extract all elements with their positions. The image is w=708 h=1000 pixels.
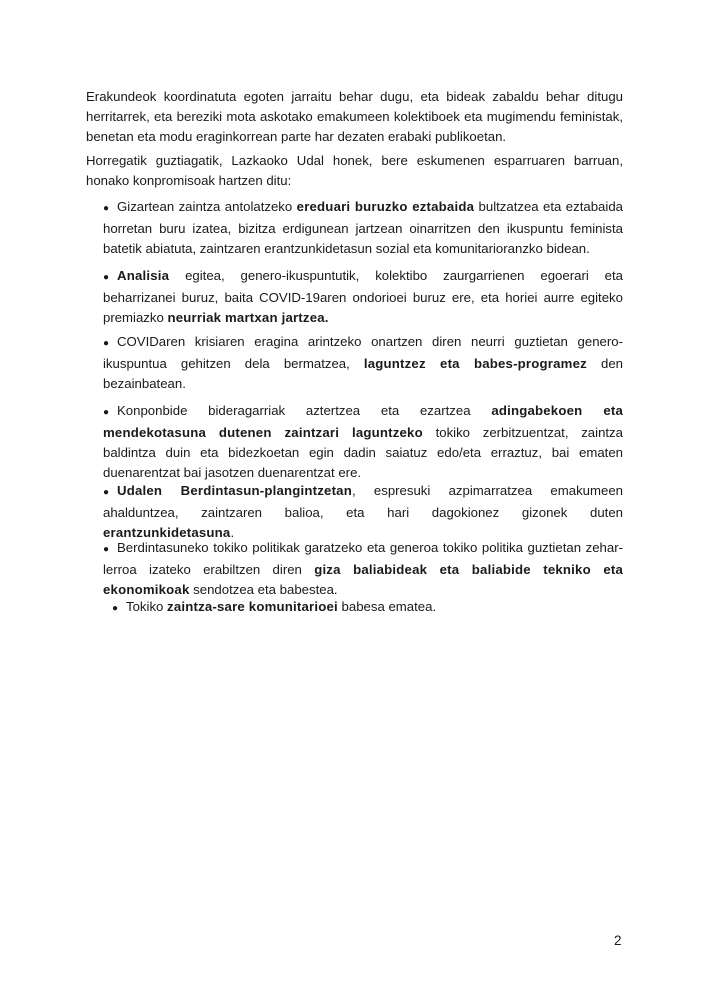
emphasized-text: Analisia xyxy=(117,268,169,283)
intro-paragraph: Erakundeok koordinatuta egoten jarraitu … xyxy=(86,87,623,147)
bullet-icon: ● xyxy=(103,403,117,423)
item-text: Konponbide bideragarriak aztertzea eta e… xyxy=(117,403,491,418)
item-text: sendotzea eta babestea. xyxy=(189,582,337,597)
bullet-icon: ● xyxy=(103,199,117,219)
item-text: Tokiko xyxy=(126,599,167,614)
emphasized-text: zaintza-sare komunitarioei xyxy=(167,599,338,614)
commitment-item: ●Tokiko zaintza-sare komunitarioei babes… xyxy=(112,597,623,619)
bullet-icon: ● xyxy=(103,268,117,288)
commitments-intro-paragraph: Horregatik guztiagatik, Lazkaoko Udal ho… xyxy=(86,151,623,191)
commitment-item: ●Konponbide bideragarriak aztertzea eta … xyxy=(103,401,623,483)
item-text: Gizartean zaintza antolatzeko xyxy=(117,199,297,214)
bullet-icon: ● xyxy=(103,483,117,503)
commitment-item: ●Analisia egitea, genero-ikuspuntutik, k… xyxy=(103,266,623,328)
bullet-icon: ● xyxy=(103,334,117,354)
document-page: Erakundeok koordinatuta egoten jarraitu … xyxy=(0,0,708,1000)
page-number: 2 xyxy=(614,933,622,948)
emphasized-text: neurriak martxan jartzea. xyxy=(168,310,329,325)
bullet-icon: ● xyxy=(112,599,126,619)
bullet-icon: ● xyxy=(103,540,117,560)
emphasized-text: Udalen Berdintasun-plangintzetan xyxy=(117,483,352,498)
commitment-item: ●Udalen Berdintasun-plangintzetan, espre… xyxy=(103,481,623,543)
commitment-item: ●Berdintasuneko tokiko politikak garatze… xyxy=(103,538,623,600)
item-text: babesa ematea. xyxy=(338,599,436,614)
commitment-item: ●Gizartean zaintza antolatzeko ereduari … xyxy=(103,197,623,259)
commitment-item: ●COVIDaren krisiaren eragina arintzeko o… xyxy=(103,332,623,394)
emphasized-text: laguntzez eta babes-programez xyxy=(364,356,587,371)
emphasized-text: ereduari buruzko eztabaida xyxy=(297,199,474,214)
